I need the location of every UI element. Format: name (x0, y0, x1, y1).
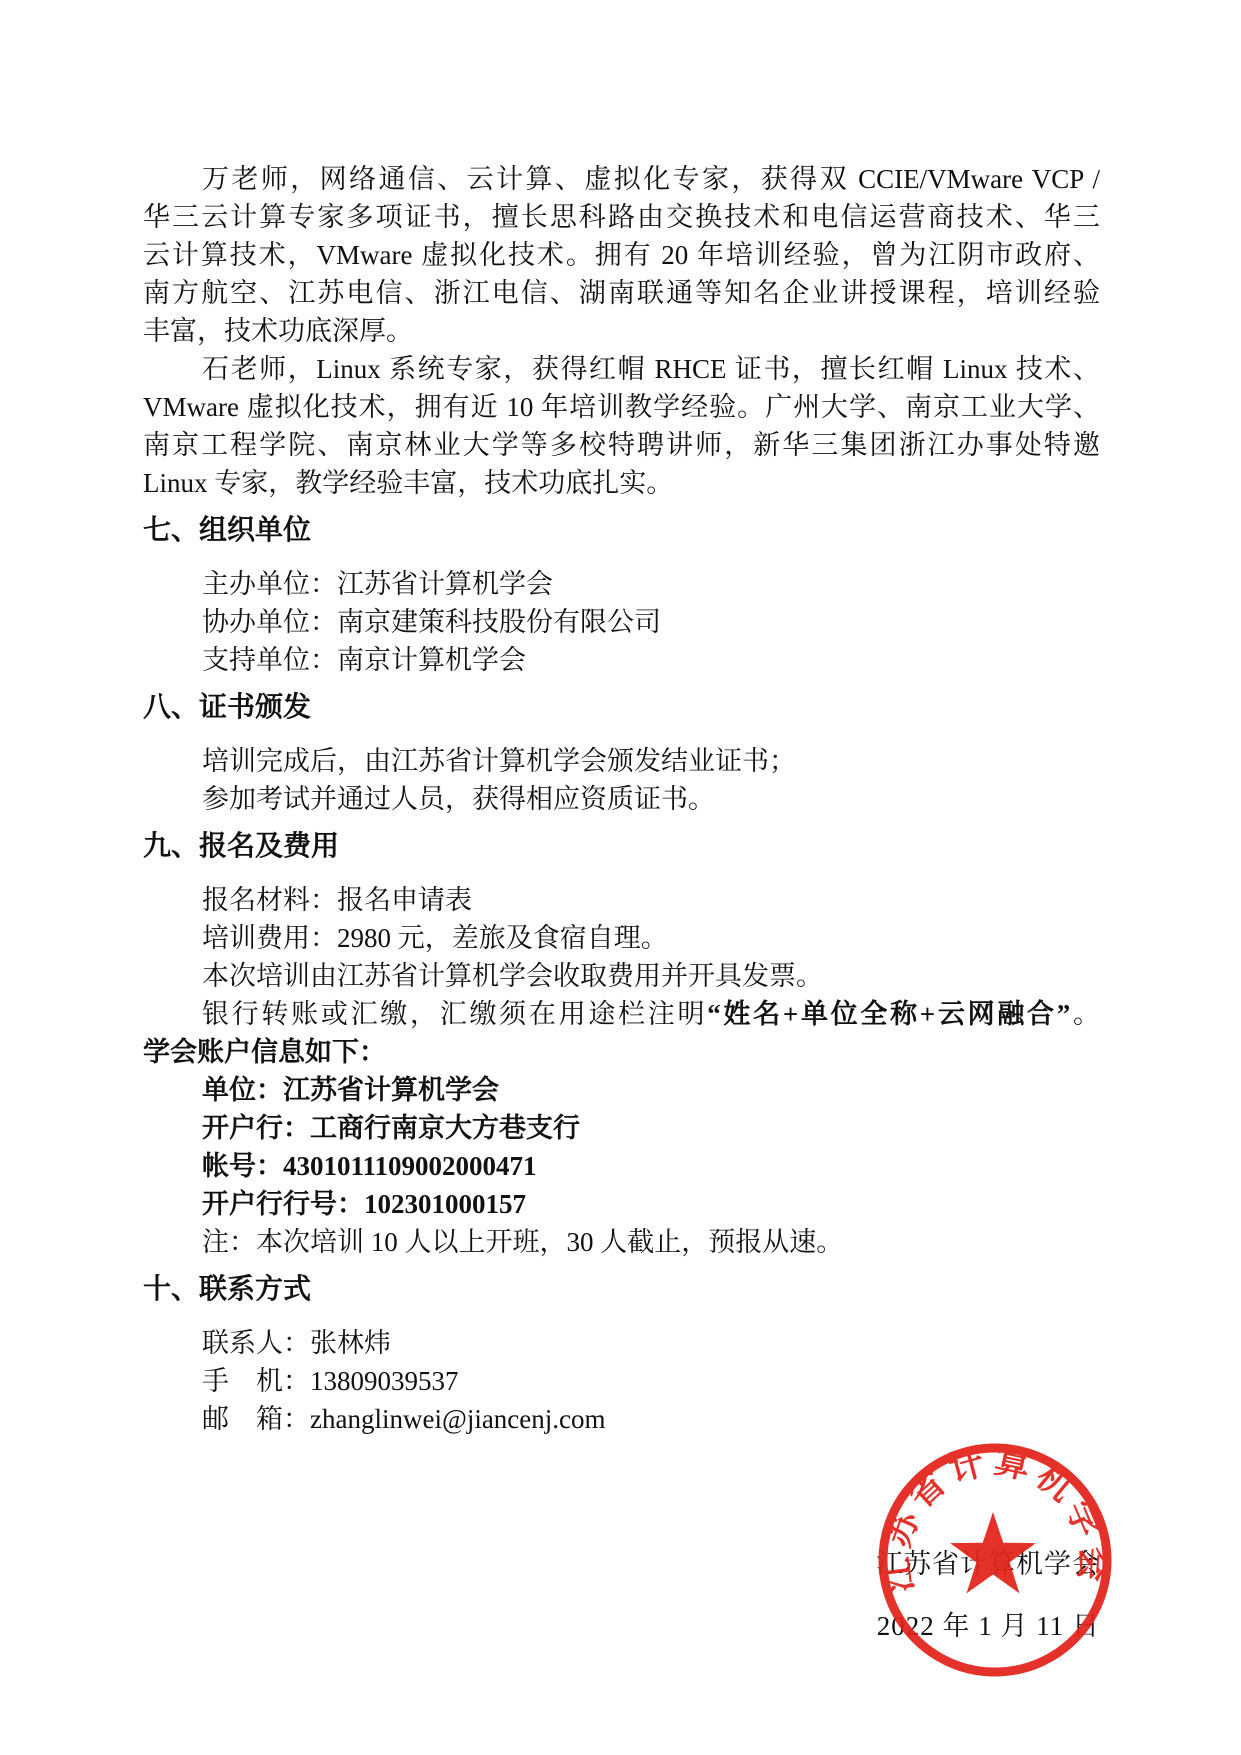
document-page: 万老师，网络通信、云计算、虚拟化专家，获得双 CCIE/VMware VCP /… (0, 0, 1241, 1755)
enrollment-note: 注：本次培训 10 人以上开班，30 人截止，预报从速。 (143, 1223, 1100, 1261)
org-item-supporter: 支持单位：南京计算机学会 (143, 641, 1100, 679)
account-line-bank-code: 开户行行号：102301000157 (143, 1185, 1100, 1223)
paragraph-line: 南京工程学院、南京林业大学等多校特聘讲师，新华三集团浙江办事处特邀 (143, 426, 1100, 464)
org-item-host: 主办单位：江苏省计算机学会 (143, 565, 1100, 603)
account-line-number: 帐号：4301011109002000471 (143, 1147, 1100, 1185)
intro-paragraph-wan: 万老师，网络通信、云计算、虚拟化专家，获得双 CCIE/VMware VCP /… (143, 160, 1100, 350)
intro-paragraph-shi: 石老师，Linux 系统专家，获得红帽 RHCE 证书，擅长红帽 Linux 技… (143, 350, 1100, 502)
paragraph-line: 云计算技术，VMware 虚拟化技术。拥有 20 年培训经验，曾为江阴市政府、 (143, 236, 1100, 274)
org-item-coorganizer: 协办单位：南京建策科技股份有限公司 (143, 603, 1100, 641)
section-registration-fee: 报名材料：报名申请表 培训费用：2980 元，差旅及食宿自理。 本次培训由江苏省… (143, 881, 1100, 1261)
signature-org: 江苏省计算机学会 (876, 1545, 1100, 1583)
signature-block: 江苏省计算机学会 2022 年 1 月 11 日 (876, 1545, 1100, 1645)
account-line-bank: 开户行：工商行南京大方巷支行 (143, 1109, 1100, 1147)
section-heading-contact: 十、联系方式 (143, 1271, 1100, 1309)
paragraph-line: Linux 专家，教学经验丰富，技术功底扎实。 (143, 464, 1100, 502)
account-line-unit: 单位：江苏省计算机学会 (143, 1071, 1100, 1109)
section-contact: 联系人：张林炜 手 机：13809039537 邮 箱：zhanglinwei@… (143, 1324, 1100, 1438)
section-heading-organizers: 七、组织单位 (143, 512, 1100, 550)
fee-item-materials: 报名材料：报名申请表 (143, 881, 1100, 919)
paragraph-line: VMware 虚拟化技术，拥有近 10 年培训教学经验。广州大学、南京工业大学、 (143, 388, 1100, 426)
bank-memo-prefix: 银行转账或汇缴，汇缴须在用途栏注明 (202, 999, 707, 1029)
paragraph-line: 南方航空、江苏电信、浙江电信、湖南联通等知名企业讲授课程，培训经验 (143, 274, 1100, 312)
fee-item-cost: 培训费用：2980 元，差旅及食宿自理。 (143, 919, 1100, 957)
bank-memo-suffix: 。 (1070, 999, 1100, 1029)
cert-item: 培训完成后，由江苏省计算机学会颁发结业证书； (143, 742, 1100, 780)
section-heading-certificates: 八、证书颁发 (143, 689, 1100, 727)
section-heading-registration-fee: 九、报名及费用 (143, 828, 1100, 866)
section-organizers: 主办单位：江苏省计算机学会 协办单位：南京建策科技股份有限公司 支持单位：南京计… (143, 565, 1100, 679)
contact-person: 联系人：张林炜 (143, 1324, 1100, 1362)
document-body: 万老师，网络通信、云计算、虚拟化专家，获得双 CCIE/VMware VCP /… (143, 160, 1100, 1438)
paragraph-line: 华三云计算专家多项证书，擅长思科路由交换技术和电信运营商技术、华三 (143, 198, 1100, 236)
cert-item: 参加考试并通过人员，获得相应资质证书。 (143, 780, 1100, 818)
paragraph-line: 万老师，网络通信、云计算、虚拟化专家，获得双 CCIE/VMware VCP / (143, 160, 1100, 198)
bank-transfer-line: 银行转账或汇缴，汇缴须在用途栏注明“姓名+单位全称+云网融合”。 (143, 995, 1100, 1033)
section-certificates: 培训完成后，由江苏省计算机学会颁发结业证书； 参加考试并通过人员，获得相应资质证… (143, 742, 1100, 818)
fee-item-invoice: 本次培训由江苏省计算机学会收取费用并开具发票。 (143, 957, 1100, 995)
account-intro: 学会账户信息如下： (143, 1033, 1100, 1071)
bank-memo-bold: “姓名+单位全称+云网融合” (707, 999, 1070, 1029)
contact-phone: 手 机：13809039537 (143, 1362, 1100, 1400)
paragraph-line: 石老师，Linux 系统专家，获得红帽 RHCE 证书，擅长红帽 Linux 技… (143, 350, 1100, 388)
contact-email: 邮 箱：zhanglinwei@jiancenj.com (143, 1400, 1100, 1438)
paragraph-line: 丰富，技术功底深厚。 (143, 312, 1100, 350)
signature-date: 2022 年 1 月 11 日 (876, 1607, 1100, 1645)
